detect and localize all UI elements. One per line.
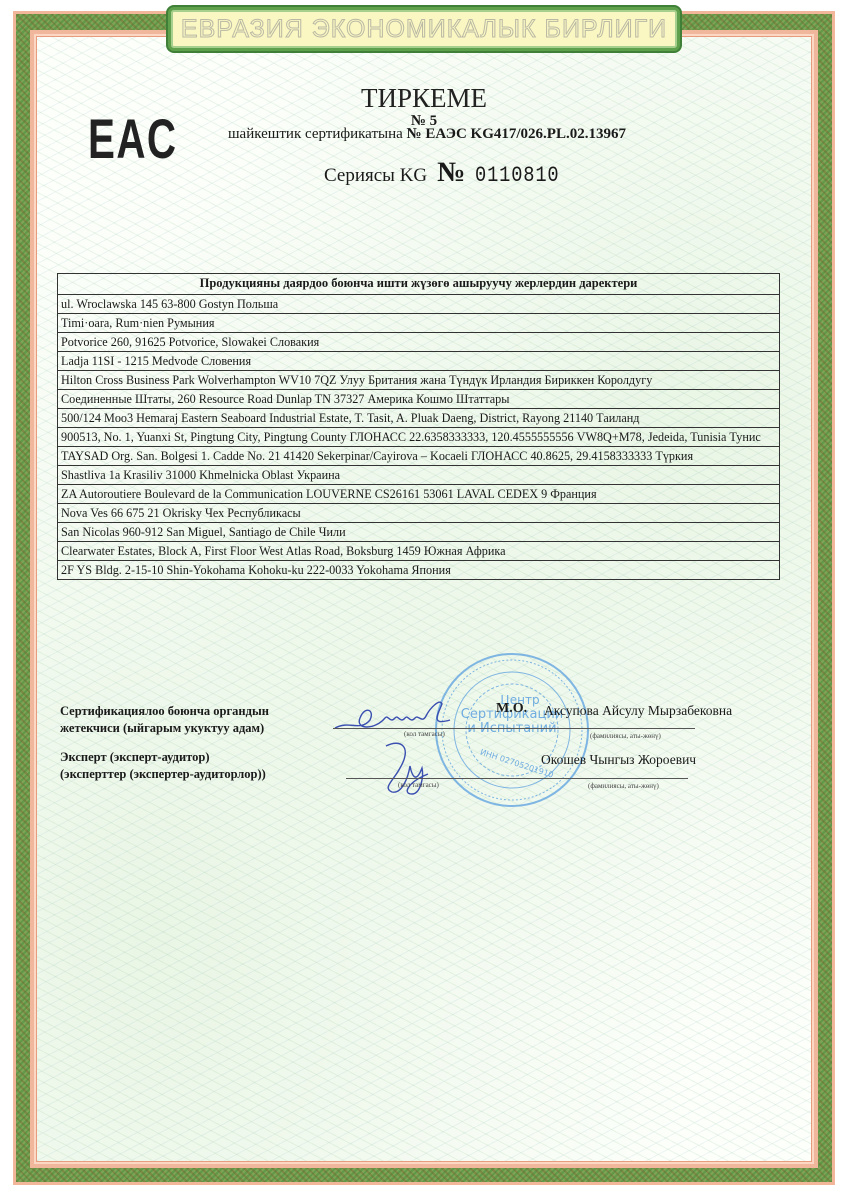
address-cell: Hilton Cross Business Park Wolverhampton… bbox=[58, 371, 780, 390]
address-cell: 500/124 Moo3 Hemaraj Eastern Seaboard In… bbox=[58, 409, 780, 428]
certificate-paper bbox=[36, 36, 812, 1162]
certificate-prefix: шайкештик сертификатына bbox=[228, 126, 403, 142]
address-cell: Timi·oara, Rum·nien Румыния bbox=[58, 314, 780, 333]
table-row: 500/124 Moo3 Hemaraj Eastern Seaboard In… bbox=[58, 409, 780, 428]
table-header: Продукцияны даярдоо боюнча ишти жүзөгө а… bbox=[58, 274, 780, 295]
address-cell: San Nicolas 960-912 San Miguel, Santiago… bbox=[58, 523, 780, 542]
certificate-number: № ЕАЭС KG417/026.PL.02.13967 bbox=[407, 126, 626, 142]
header-banner: ЕВРАЗИЯ ЭКОНОМИКАЛЫК БИРЛИГИ bbox=[168, 7, 680, 51]
table-row: Nova Ves 66 675 21 Okrisky Чех Республик… bbox=[58, 504, 780, 523]
head-signatory-label: Сертификациялоо боюнча органдын жетекчис… bbox=[60, 703, 269, 737]
table-row: Ladja 11SI - 1215 Medvode Словения bbox=[58, 352, 780, 371]
address-cell: 2F YS Bldg. 2-15-10 Shin-Yokohama Kohoku… bbox=[58, 561, 780, 580]
address-cell: Ladja 11SI - 1215 Medvode Словения bbox=[58, 352, 780, 371]
table-row: TAYSAD Org. San. Bolgesi 1. Cadde No. 21… bbox=[58, 447, 780, 466]
head-signatory-name: Аксупова Айсулу Мырзабековна bbox=[544, 703, 732, 719]
address-cell: ZA Autoroutiere Boulevard de la Communic… bbox=[58, 485, 780, 504]
table-row: Соединенные Штаты, 260 Resource Road Dun… bbox=[58, 390, 780, 409]
address-cell: Соединенные Штаты, 260 Resource Road Dun… bbox=[58, 390, 780, 409]
head-label-line1: Сертификациялоо боюнча органдын bbox=[60, 703, 269, 720]
number-sign: № bbox=[437, 157, 465, 189]
expert-name: Окошев Чынгыз Жороевич bbox=[541, 752, 696, 768]
banner-title: ЕВРАЗИЯ ЭКОНОМИКАЛЫК БИРЛИГИ bbox=[181, 15, 667, 44]
address-cell: Shastliva 1a Krasiliv 31000 Khmelnicka O… bbox=[58, 466, 780, 485]
table-row: Timi·oara, Rum·nien Румыния bbox=[58, 314, 780, 333]
table-row: ZA Autoroutiere Boulevard de la Communic… bbox=[58, 485, 780, 504]
address-cell: Nova Ves 66 675 21 Okrisky Чех Республик… bbox=[58, 504, 780, 523]
table-row: 2F YS Bldg. 2-15-10 Shin-Yokohama Kohoku… bbox=[58, 561, 780, 580]
expert-label-line1: Эксперт (эксперт-аудитор) bbox=[60, 749, 266, 766]
production-sites-table: Продукцияны даярдоо боюнча ишти жүзөгө а… bbox=[57, 273, 780, 580]
seal-place-label: М.О. bbox=[496, 701, 527, 717]
address-cell: Clearwater Estates, Block A, First Floor… bbox=[58, 542, 780, 561]
document-title: ТИРКЕМЕ bbox=[0, 83, 848, 114]
head-label-line2: жетекчиси (ыйгарым укуктуу адам) bbox=[60, 720, 269, 737]
series-number: 0110810 bbox=[475, 163, 560, 188]
address-cell: 900513, No. 1, Yuanxi St, Pingtung City,… bbox=[58, 428, 780, 447]
expert-label-line2: (эксперттер (экспертер-аудиторлор)) bbox=[60, 766, 266, 783]
head-signature-icon bbox=[330, 690, 470, 740]
table-row: Clearwater Estates, Block A, First Floor… bbox=[58, 542, 780, 561]
table-row: ul. Wroclawska 145 63-800 Gostyn Польша bbox=[58, 295, 780, 314]
table-row: San Nicolas 960-912 San Miguel, Santiago… bbox=[58, 523, 780, 542]
address-cell: TAYSAD Org. San. Bolgesi 1. Cadde No. 21… bbox=[58, 447, 780, 466]
table-row: Hilton Cross Business Park Wolverhampton… bbox=[58, 371, 780, 390]
certificate-reference: шайкештик сертификатына № ЕАЭС KG417/026… bbox=[228, 126, 626, 143]
expert-signature-caption: (кол тамгасы) bbox=[398, 781, 439, 789]
expert-signature-line bbox=[346, 778, 688, 779]
head-signature-line bbox=[333, 728, 695, 729]
table-row: Potvorice 260, 91625 Potvorice, Slowakei… bbox=[58, 333, 780, 352]
expert-name-caption: (фамилиясы, аты-жөнү) bbox=[588, 782, 659, 790]
head-name-caption: (фамилиясы, аты-жөнү) bbox=[590, 732, 661, 740]
address-cell: ul. Wroclawska 145 63-800 Gostyn Польша bbox=[58, 295, 780, 314]
series-line: Сериясы KG № 0110810 bbox=[324, 157, 575, 189]
table-row: 900513, No. 1, Yuanxi St, Pingtung City,… bbox=[58, 428, 780, 447]
address-cell: Potvorice 260, 91625 Potvorice, Slowakei… bbox=[58, 333, 780, 352]
series-label: Сериясы KG bbox=[324, 165, 427, 187]
head-signature-caption: (кол тамгасы) bbox=[404, 730, 445, 738]
expert-signatory-label: Эксперт (эксперт-аудитор) (эксперттер (э… bbox=[60, 749, 266, 783]
table-row: Shastliva 1a Krasiliv 31000 Khmelnicka O… bbox=[58, 466, 780, 485]
